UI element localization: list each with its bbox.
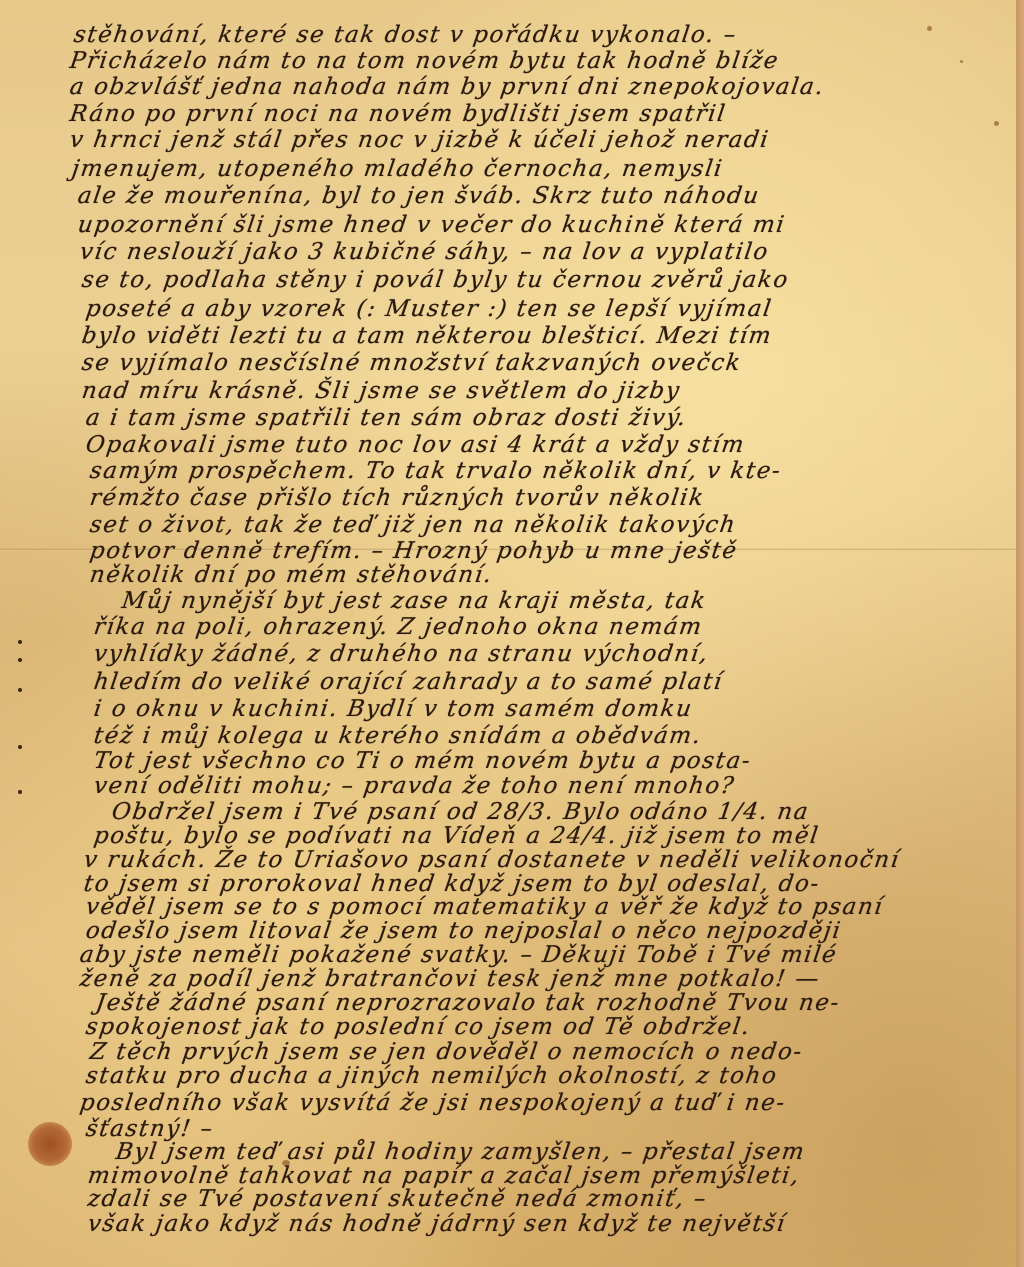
letter-line: potvor denně trefím. – Hrozný pohyb u mn… (88, 538, 739, 564)
letter-line: několik dní po mém stěhování. (88, 562, 494, 588)
paper-edge (1016, 0, 1024, 1267)
letter-line: vení oděliti mohu; – pravda že toho není… (92, 773, 737, 799)
letter-line: i o oknu v kuchini. Bydlí v tom samém do… (92, 696, 694, 722)
letter-line: poštu, bylo se podívati na Vídeň a 24/4.… (92, 823, 821, 849)
letter-line: Z těch prvých jsem se jen dověděl o nemo… (88, 1039, 805, 1065)
margin-mark (18, 658, 22, 662)
letter-line: bylo viděti lezti tu a tam některou bleš… (80, 323, 774, 349)
letter-line: Můj nynější byt jest zase na kraji města… (120, 588, 708, 614)
letter-line: říka na poli, ohrazený. Z jednoho okna n… (92, 614, 704, 640)
letter-line: vyhlídky žádné, z druhého na stranu vých… (92, 641, 710, 667)
letter-line: však jako když nás hodně jádrný sen když… (86, 1211, 787, 1237)
letter-line: v rukách. Že to Uriašovo psaní dostanete… (82, 847, 901, 873)
foxing-spot (927, 26, 932, 31)
letter-line: jmenujem, utopeného mladého černocha, ne… (70, 156, 725, 182)
foxing-spot (994, 121, 999, 126)
letter-line: nad míru krásně. Šli jsme se světlem do … (80, 378, 682, 404)
letter-line: a i tam jsme spatřili ten sám obraz dost… (84, 405, 688, 431)
letter-line: Opakovali jsme tuto noc lov asi 4 krát a… (84, 432, 747, 458)
letter-line: samým prospěchem. To tak trvalo několik … (88, 458, 783, 484)
letter-line: rémžto čase přišlo tích různých tvorův n… (88, 485, 706, 511)
letter-line: věděl jsem se to s pomocí matematiky a v… (84, 894, 885, 920)
letter-line: ale že mouřenína, byl to jen šváb. Skrz … (76, 183, 761, 209)
letter-line: upozornění šli jsme hned v večer do kuch… (76, 212, 787, 238)
letter-line: Ráno po první noci na novém bydlišti jse… (68, 101, 728, 127)
letter-line: statku pro ducha a jiných nemilých okoln… (84, 1063, 779, 1089)
letter-line: Byl jsem teď asi půl hodiny zamyšlen, – … (114, 1139, 807, 1165)
letter-line: se vyjímalo nesčíslné množství takzvanýc… (80, 350, 743, 376)
margin-mark (18, 640, 22, 644)
letter-line: aby jste neměli pokažené svatky. – Děkuj… (78, 942, 839, 968)
letter-line: též i můj kolega u kterého snídám a oběd… (92, 723, 703, 749)
letter-line: Přicházelo nám to na tom novém bytu tak … (68, 48, 781, 74)
margin-mark (18, 745, 22, 749)
letter-line: odešlo jsem litoval že jsem to nejposlal… (84, 918, 843, 944)
letter-line: set o život, tak že teď již jen na někol… (88, 512, 738, 538)
letter-line: v hrnci jenž stál přes noc v jizbě k úče… (68, 127, 771, 153)
letter-line: spokojenost jak to poslední co jsem od T… (84, 1014, 752, 1040)
letter-line: víc neslouží jako 3 kubičné sáhy, – na l… (78, 239, 771, 265)
ink-stain (28, 1122, 72, 1166)
letter-line: posledního však vysvítá že jsi nespokoje… (78, 1090, 787, 1116)
letter-line: hledím do veliké orající zahrady a to sa… (92, 669, 725, 695)
letter-line: poseté a aby vzorek (: Muster :) ten se … (84, 296, 774, 322)
margin-mark (18, 688, 22, 692)
letter-line: stěhování, které se tak dost v pořádku v… (72, 22, 739, 48)
letter-line: a obzvlášť jedna nahoda nám by první dni… (68, 74, 826, 100)
letter-line: Obdržel jsem i Tvé psaní od 28/3. Bylo o… (110, 799, 811, 825)
letter-line: ženě za podíl jenž bratrančovi tesk jenž… (78, 966, 822, 992)
letter-line: Tot jest všechno co Ti o mém novém bytu … (92, 748, 753, 774)
letter-line: zdali se Tvé postavení skutečně nedá zmo… (86, 1186, 709, 1212)
foxing-spot (960, 60, 963, 63)
letter-line: Ještě žádné psaní neprozrazovalo tak roz… (94, 990, 842, 1016)
letter-line: se to, podlaha stěny i povál byly tu čer… (80, 267, 791, 293)
margin-mark (18, 790, 22, 794)
